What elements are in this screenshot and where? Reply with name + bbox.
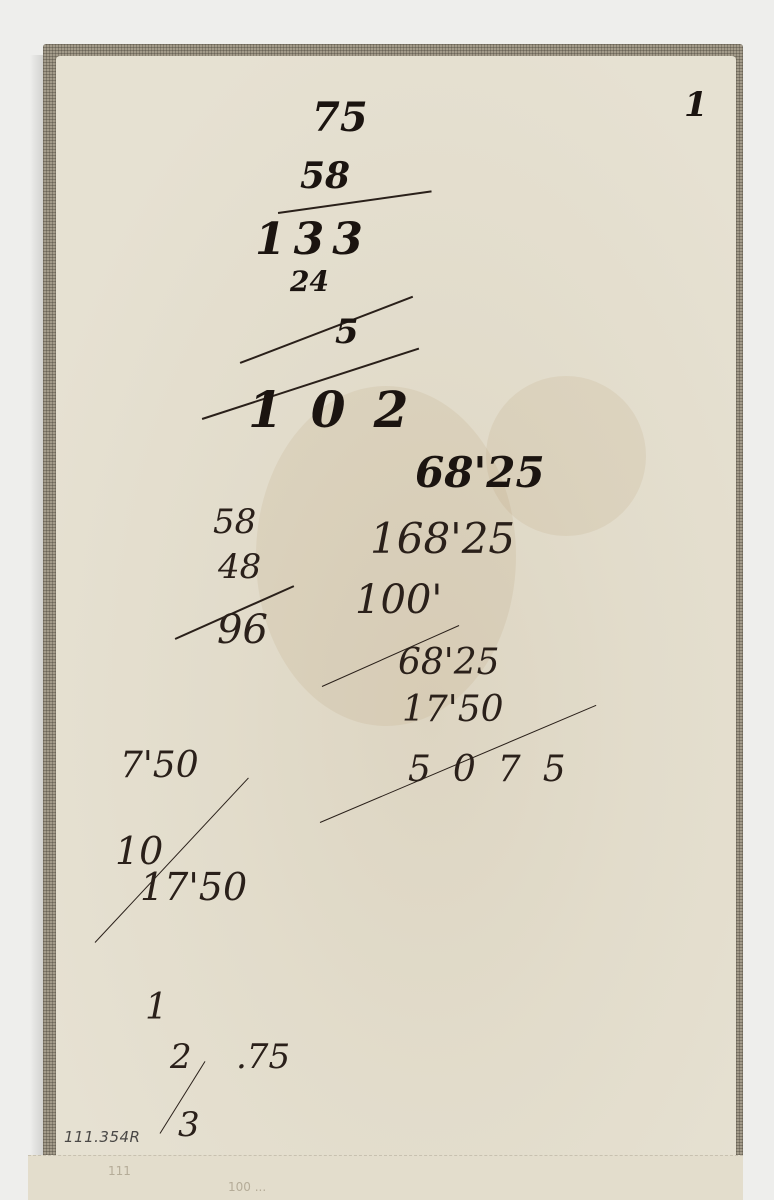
number: 68'25 [398,645,500,681]
number: .75 [236,1040,290,1074]
faint-text: 111 [108,1164,131,1178]
page-number: 1 [684,88,708,122]
number: 75 [312,98,368,138]
number: 1 [145,990,168,1026]
number: 17'50 [402,692,504,728]
number: 48 [218,550,261,584]
number: 58 [300,158,350,194]
next-page-edge: 111 100 ... [28,1155,743,1200]
number: 5 [335,315,359,349]
number: 168'25 [370,518,515,560]
number: 96 [217,610,268,650]
number: 2 [170,1040,192,1074]
number: 5075 [408,752,588,788]
number: 102 [248,385,436,435]
catalog-number: 111.354R [64,1128,140,1146]
number: 58 [213,505,256,539]
number: 24 [290,268,329,296]
number: 3 [178,1108,200,1142]
number: 17'50 [140,868,247,906]
number: 7'50 [120,748,199,784]
number: 100' [355,580,442,620]
faint-text: 100 ... [228,1180,266,1194]
number: 133 [255,218,371,262]
number: 68'25 [415,452,545,494]
